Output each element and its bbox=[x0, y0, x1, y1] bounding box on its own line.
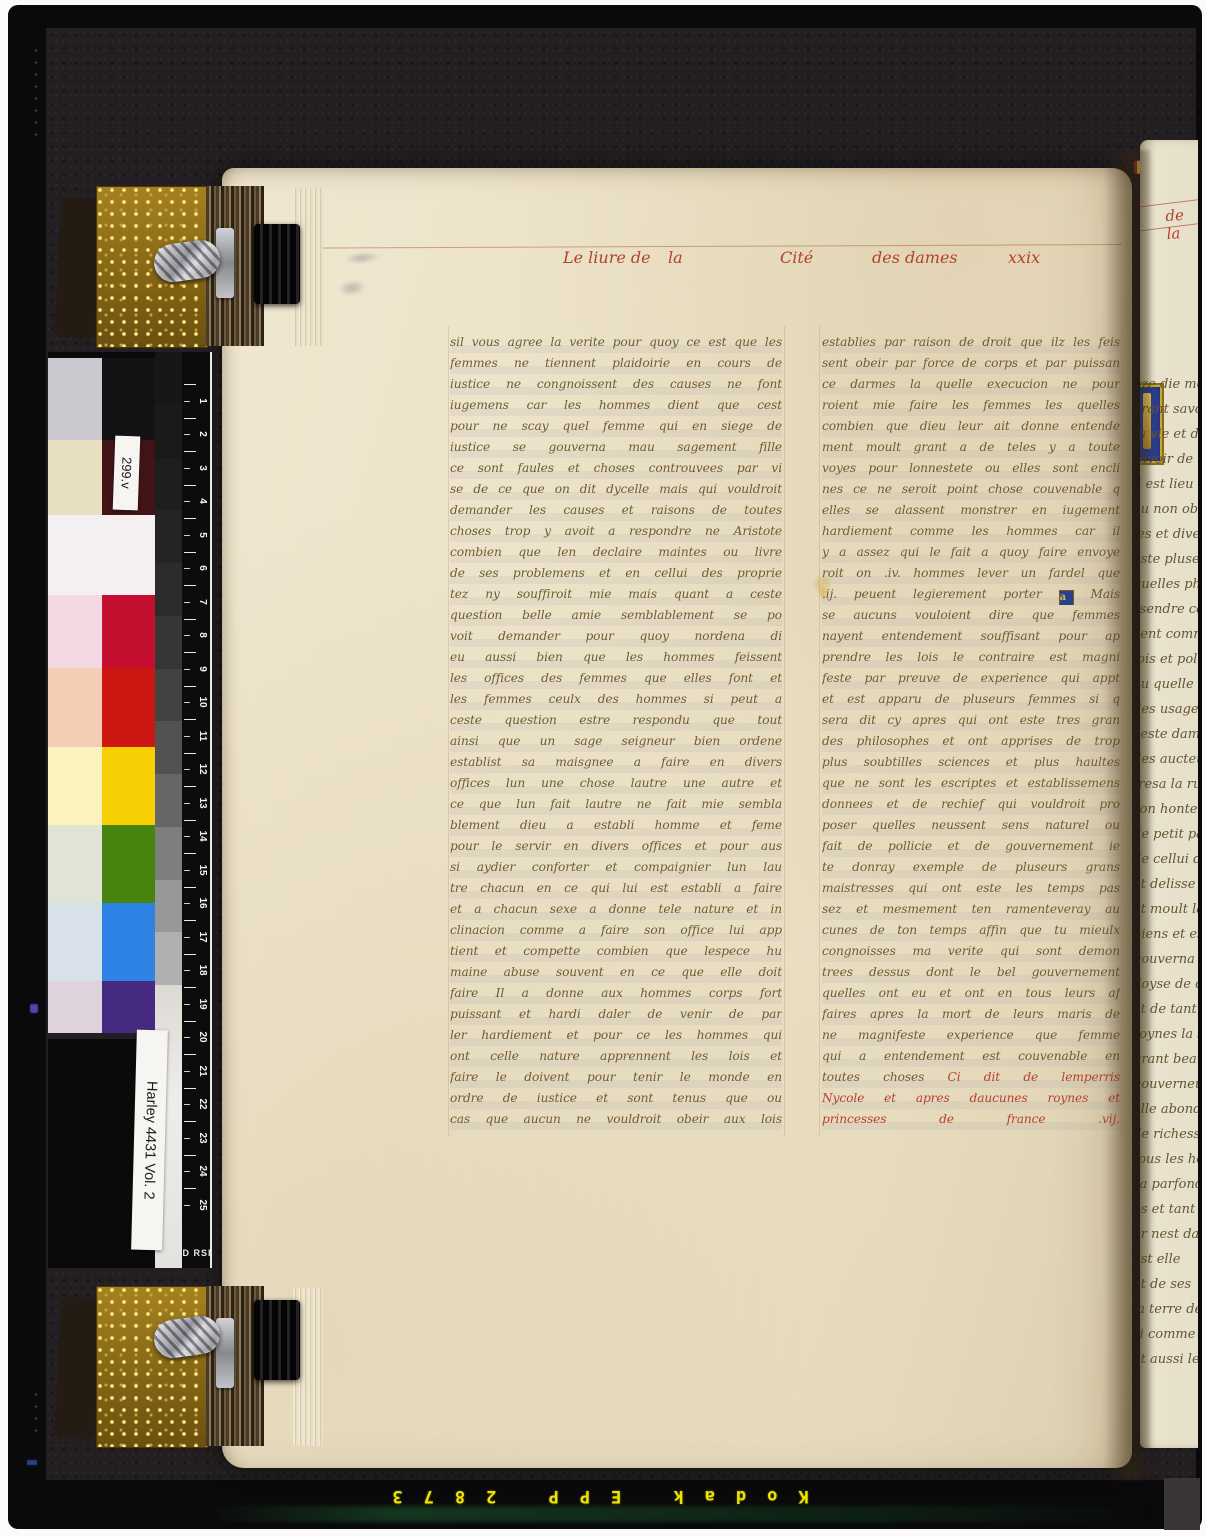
ruler-cell: 25 bbox=[182, 1188, 210, 1222]
text-column-left: sil vous agree la verite pour quoy ce es… bbox=[450, 332, 782, 1132]
color-patch bbox=[48, 903, 102, 981]
gutter-shadow bbox=[1104, 150, 1150, 1480]
patch-row bbox=[48, 358, 155, 440]
film-mark: • bbox=[33, 108, 40, 116]
photograph-of-manuscript: •••••••• •••• Kodak EPP 2873 Le liure de… bbox=[0, 0, 1206, 1536]
film-mark-purple bbox=[30, 1004, 38, 1013]
ruler-cell: 12 bbox=[182, 753, 210, 787]
felt-edge-reflection bbox=[200, 1506, 1160, 1522]
color-patch bbox=[102, 668, 156, 747]
film-mark: • bbox=[33, 132, 40, 140]
book-edge-assembly-top bbox=[58, 184, 338, 352]
corner-felt-patch bbox=[1164, 1478, 1200, 1530]
kodak-film-label: Kodak EPP 2873 bbox=[330, 1486, 850, 1506]
ruler-cell: 20 bbox=[182, 1021, 210, 1055]
color-patch bbox=[102, 981, 156, 1033]
patch-row bbox=[48, 747, 155, 825]
grayscale-step bbox=[155, 880, 182, 933]
gilded-book-edge bbox=[96, 1286, 208, 1448]
running-header-part: Le liure de bbox=[563, 248, 651, 267]
shelfmark-sticker: Harley 4431 Vol. 2 bbox=[131, 1030, 168, 1251]
facing-running-header: de la bbox=[1165, 205, 1198, 243]
ruler-strip: 1234567891011121314151617181920212223242… bbox=[182, 352, 212, 1268]
film-mark: • bbox=[33, 60, 40, 68]
color-patch bbox=[102, 358, 156, 440]
ruler-cell: 4 bbox=[182, 485, 210, 519]
ruler-cell: 18 bbox=[182, 954, 210, 988]
running-header-page-number: xxix bbox=[1008, 248, 1040, 267]
ruler-cell: 1 bbox=[182, 384, 210, 418]
grayscale-step bbox=[155, 352, 182, 405]
ruler-cell: 23 bbox=[182, 1121, 210, 1155]
color-calibration-target: 1234567891011121314151617181920212223242… bbox=[48, 352, 212, 1268]
column-ruling-line bbox=[819, 326, 820, 1136]
ruler-cell: 2 bbox=[182, 418, 210, 452]
grayscale-step bbox=[155, 510, 182, 563]
grayscale-step bbox=[155, 932, 182, 985]
patch-row bbox=[48, 903, 155, 981]
pencil-smudge bbox=[343, 250, 380, 266]
running-header-part: la bbox=[668, 248, 683, 267]
film-mark: • bbox=[33, 84, 40, 92]
film-mark: • bbox=[33, 120, 40, 128]
binding-edge bbox=[54, 197, 101, 339]
patch-row bbox=[48, 668, 155, 747]
film-mark: • bbox=[33, 48, 40, 56]
film-mark: • bbox=[33, 1416, 40, 1424]
color-patch bbox=[48, 747, 102, 825]
grayscale-step bbox=[155, 721, 182, 774]
folio-number-sticker: 299.v bbox=[113, 436, 141, 511]
grayscale-step bbox=[155, 669, 182, 722]
pencil-smudge bbox=[337, 278, 367, 299]
patch-row bbox=[48, 595, 155, 668]
color-patch bbox=[48, 981, 102, 1033]
film-edge-marks-top: •••••••• bbox=[28, 48, 44, 140]
film-mark-blue bbox=[27, 1460, 37, 1465]
color-patch bbox=[48, 668, 102, 747]
ruler-cell: 5 bbox=[182, 518, 210, 552]
manuscript-page: Le liure de la Cité des dames xxix sil v… bbox=[222, 168, 1132, 1468]
ruler-cell: 24 bbox=[182, 1155, 210, 1189]
color-patch bbox=[48, 358, 102, 440]
film-mark: • bbox=[33, 96, 40, 104]
film-mark: • bbox=[33, 1404, 40, 1412]
column-ruling-line bbox=[784, 326, 785, 1136]
grayscale-step bbox=[155, 563, 182, 616]
grayscale-step bbox=[155, 616, 182, 669]
film-mark: • bbox=[33, 72, 40, 80]
grayscale-strip bbox=[155, 352, 182, 985]
ruler-cell: 16 bbox=[182, 887, 210, 921]
column-ruling-line bbox=[448, 326, 449, 1136]
ruler-cell: 6 bbox=[182, 552, 210, 586]
running-header-part: Cité bbox=[780, 248, 813, 267]
color-patch bbox=[102, 903, 156, 981]
clip-body bbox=[254, 1300, 300, 1380]
book-edge-assembly-bottom bbox=[58, 1284, 338, 1452]
ruler-cell: 13 bbox=[182, 786, 210, 820]
ruler-cell: 15 bbox=[182, 853, 210, 887]
color-patch bbox=[48, 825, 102, 903]
ruler-cell: 22 bbox=[182, 1088, 210, 1122]
ruler-cell: 17 bbox=[182, 920, 210, 954]
ruler-cell: 10 bbox=[182, 686, 210, 720]
color-patch bbox=[48, 440, 102, 515]
ruler-cell: 7 bbox=[182, 585, 210, 619]
running-header-part: des dames bbox=[872, 248, 958, 267]
ruler-cell: 21 bbox=[182, 1054, 210, 1088]
ruler-cell: 9 bbox=[182, 652, 210, 686]
ruler-cell: 19 bbox=[182, 987, 210, 1021]
ruler-cell: 3 bbox=[182, 451, 210, 485]
grayscale-step bbox=[155, 827, 182, 880]
color-patch bbox=[48, 595, 102, 668]
film-mark: • bbox=[33, 1392, 40, 1400]
ruler-cell: 11 bbox=[182, 719, 210, 753]
color-patch bbox=[102, 595, 156, 668]
color-patch bbox=[102, 747, 156, 825]
color-patch bbox=[102, 825, 156, 903]
film-edge-marks-bottom: •••• bbox=[28, 1392, 44, 1436]
patch-row bbox=[48, 981, 155, 1033]
clip-body bbox=[254, 224, 300, 304]
patch-row bbox=[48, 515, 155, 595]
ruler-cell: 8 bbox=[182, 619, 210, 653]
patch-row bbox=[48, 825, 155, 903]
binding-edge bbox=[54, 1297, 101, 1439]
ruler-cell: 14 bbox=[182, 820, 210, 854]
grayscale-step bbox=[155, 405, 182, 458]
grayscale-step bbox=[155, 458, 182, 511]
ruler-footer: D RSI bbox=[182, 1248, 212, 1258]
text-column-right: establies par raison de droit que ilz le… bbox=[822, 332, 1120, 1132]
grayscale-step bbox=[155, 774, 182, 827]
film-mark: • bbox=[33, 1428, 40, 1436]
